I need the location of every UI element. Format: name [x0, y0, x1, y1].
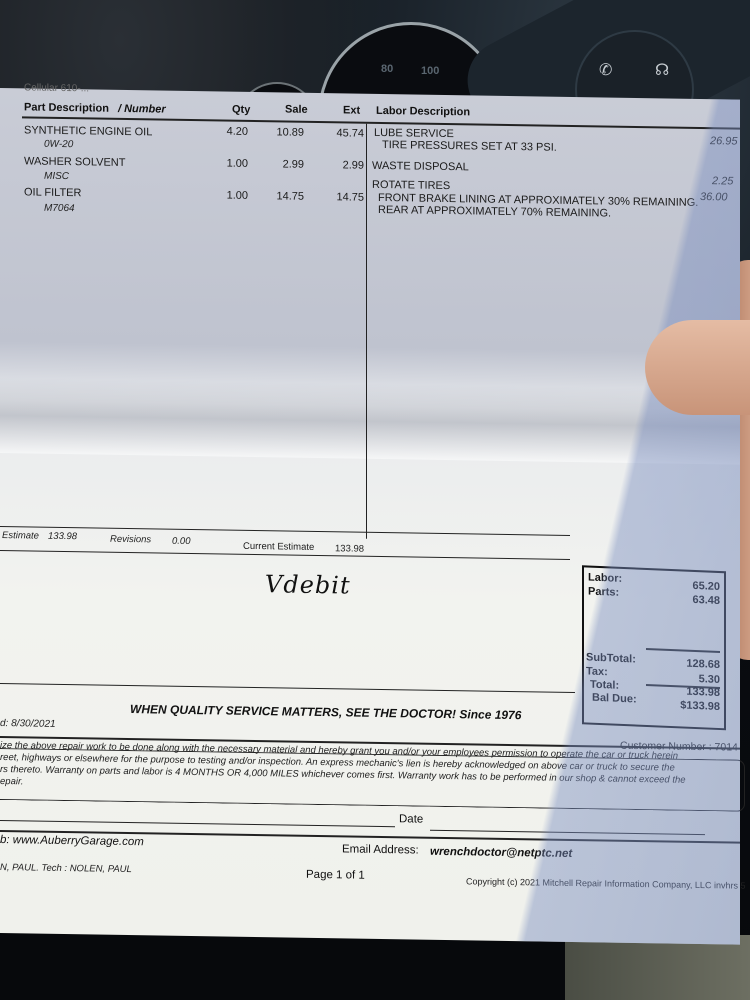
balance-due-label: Bal Due: [592, 692, 637, 706]
estimate-label: Estimate [2, 530, 39, 542]
handwritten-signature: Vdebit [265, 570, 351, 599]
labor-description: ROTATE TIRES [372, 179, 450, 192]
revisions-label: Revisions [110, 534, 151, 546]
thumb [645, 320, 750, 415]
tagline-rule [0, 683, 575, 693]
tax-label: Tax: [586, 665, 608, 678]
estimate-rule-top [0, 526, 570, 536]
page-number: Page 1 of 1 [306, 869, 365, 882]
part-ext: 45.74 [314, 127, 364, 140]
gauge-mark: 80 [381, 63, 393, 75]
part-ext: 14.75 [314, 191, 364, 204]
part-description: OIL FILTER [24, 186, 81, 199]
part-sale: 14.75 [254, 190, 304, 203]
labor-description: WASTE DISPOSAL [372, 160, 469, 174]
current-estimate-value: 133.98 [335, 543, 364, 554]
signature-line [0, 820, 395, 827]
seat-fabric [565, 935, 750, 1000]
part-number: M7064 [44, 203, 75, 214]
date-line [430, 830, 705, 835]
parts-total-label: Parts: [588, 586, 619, 599]
paper-fold [0, 378, 740, 465]
col-ext: Ext [343, 104, 360, 116]
labor-amount: 26.95 [710, 135, 738, 147]
part-description: SYNTHETIC ENGINE OIL [24, 124, 152, 138]
email-label: Email Address: [342, 843, 419, 856]
col-part-number: / Number [118, 103, 166, 116]
tagline: WHEN QUALITY SERVICE MATTERS, SEE THE DO… [130, 702, 521, 722]
labor-total-label: Labor: [588, 572, 622, 585]
part-number: MISC [44, 171, 69, 182]
labor-total: 65.20 [692, 580, 720, 593]
repair-invoice: Cellular 610-... Part Description / Numb… [0, 88, 740, 945]
balance-due: $133.98 [680, 699, 720, 713]
part-sale: 10.89 [254, 126, 304, 139]
part-qty: 4.20 [198, 125, 248, 138]
labor-amount: 2.25 [712, 175, 733, 187]
gauge-mark: 100 [421, 65, 439, 77]
labor-note: TIRE PRESSURES SET AT 33 PSI. [382, 139, 557, 154]
estimate-value: 133.98 [48, 531, 77, 542]
part-sale: 2.99 [254, 158, 304, 171]
voice-icon: ☊ [655, 60, 669, 80]
part-ext: 2.99 [314, 159, 364, 172]
col-qty: Qty [232, 104, 250, 116]
current-estimate-label: Current Estimate [243, 541, 314, 553]
copyright: Copyright (c) 2021 Mitchell Repair Infor… [466, 876, 745, 890]
col-labor-description: Labor Description [376, 105, 470, 118]
header-partial: Cellular 610-... [24, 82, 89, 94]
part-number: 0W-20 [44, 139, 73, 150]
col-part-description: Part Description [24, 101, 109, 114]
revisions-value: 0.00 [172, 536, 191, 547]
total: 133.98 [686, 686, 720, 699]
phone-icon: ✆ [599, 60, 612, 80]
total-label: Total: [590, 679, 619, 692]
subtotal: 128.68 [686, 658, 720, 671]
staff-info: N, PAUL. Tech : NOLEN, PAUL [0, 862, 132, 875]
subtotal-label: SubTotal: [586, 651, 636, 665]
totals-box: Labor: 65.20 Parts: 63.48 SubTotal: 128.… [582, 565, 726, 730]
website: b: www.AuberryGarage.com [0, 834, 144, 848]
labor-amount: 36.00 [700, 191, 728, 203]
column-divider [366, 124, 367, 539]
shadow-overlay [0, 88, 740, 945]
col-sale: Sale [285, 103, 308, 115]
legal-line: epair. [0, 776, 23, 787]
subtotal-rule [646, 648, 720, 653]
email-address: wrenchdoctor@netptc.net [430, 846, 572, 860]
part-qty: 1.00 [198, 157, 248, 170]
date-label: Date [399, 813, 423, 825]
date-approved: d: 8/30/2021 [0, 718, 56, 730]
part-qty: 1.00 [198, 189, 248, 202]
tax: 5.30 [699, 673, 720, 686]
part-description: WASHER SOLVENT [24, 155, 125, 169]
parts-total: 63.48 [692, 594, 720, 607]
labor-note: REAR AT APPROXIMATELY 70% REMAINING. [378, 204, 611, 220]
